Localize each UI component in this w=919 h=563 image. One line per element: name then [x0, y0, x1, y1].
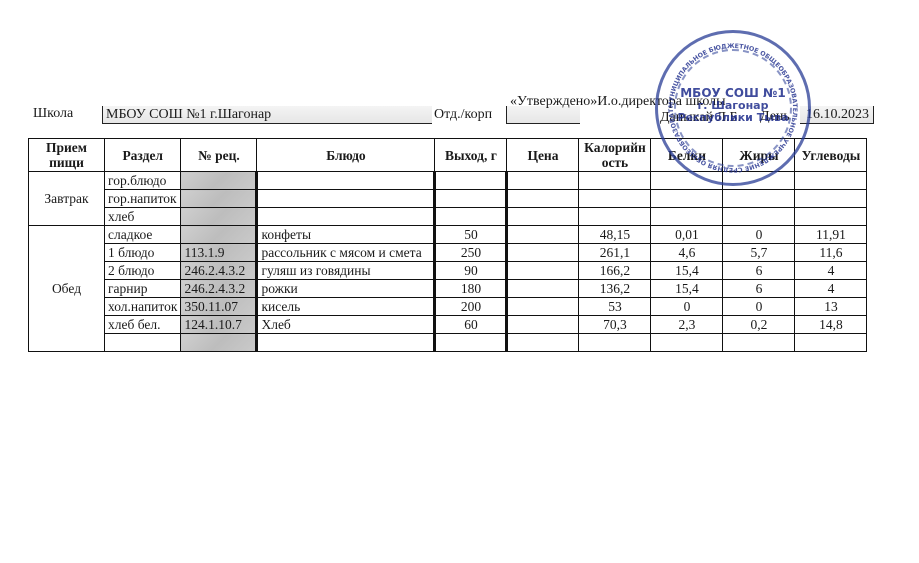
col-header-fat: Жиры	[723, 139, 795, 172]
protein-cell[interactable]: 0	[651, 298, 723, 316]
price-cell[interactable]	[507, 316, 579, 334]
fat-cell[interactable]: 6	[723, 280, 795, 298]
col-header-carbs: Углеводы	[795, 139, 867, 172]
protein-cell[interactable]	[651, 334, 723, 352]
calories-cell[interactable]: 166,2	[579, 262, 651, 280]
price-cell[interactable]	[507, 208, 579, 226]
price-cell[interactable]	[507, 172, 579, 190]
carbs-cell[interactable]: 13	[795, 298, 867, 316]
calories-cell[interactable]	[579, 334, 651, 352]
price-cell[interactable]	[507, 262, 579, 280]
section-cell[interactable]: хол.напиток	[105, 298, 181, 316]
table-row: хлеб бел.124.1.10.7Хлеб6070,32,30,214,8	[29, 316, 867, 334]
dish-cell[interactable]	[257, 208, 435, 226]
carbs-cell[interactable]	[795, 190, 867, 208]
col-header-price: Цена	[507, 139, 579, 172]
dish-cell[interactable]: конфеты	[257, 226, 435, 244]
dish-cell[interactable]	[257, 334, 435, 352]
fat-cell[interactable]	[723, 190, 795, 208]
calories-cell[interactable]	[579, 208, 651, 226]
dish-cell[interactable]: кисель	[257, 298, 435, 316]
carbs-cell[interactable]	[795, 208, 867, 226]
recipe-cell[interactable]: 124.1.10.7	[181, 316, 257, 334]
section-cell[interactable]: гор.напиток	[105, 190, 181, 208]
table-row: гарнир246.2.4.3.2рожки180136,215,464	[29, 280, 867, 298]
col-header-dish: Блюдо	[257, 139, 435, 172]
section-cell[interactable]: хлеб бел.	[105, 316, 181, 334]
fat-cell[interactable]	[723, 172, 795, 190]
fat-cell[interactable]: 0,2	[723, 316, 795, 334]
fat-cell[interactable]: 6	[723, 262, 795, 280]
table-row	[29, 334, 867, 352]
fat-cell[interactable]	[723, 334, 795, 352]
section-cell[interactable]: сладкое	[105, 226, 181, 244]
carbs-cell[interactable]: 4	[795, 280, 867, 298]
col-header-meal: Прием пищи	[29, 139, 105, 172]
protein-cell[interactable]: 0,01	[651, 226, 723, 244]
yield-cell[interactable]: 90	[435, 262, 507, 280]
yield-cell[interactable]: 60	[435, 316, 507, 334]
section-cell[interactable]: гарнир	[105, 280, 181, 298]
dish-cell[interactable]	[257, 172, 435, 190]
price-cell[interactable]	[507, 226, 579, 244]
fat-cell[interactable]: 0	[723, 298, 795, 316]
section-cell[interactable]	[105, 334, 181, 352]
price-cell[interactable]	[507, 190, 579, 208]
section-cell[interactable]: хлеб	[105, 208, 181, 226]
calories-cell[interactable]: 48,15	[579, 226, 651, 244]
dish-cell[interactable]	[257, 190, 435, 208]
price-cell[interactable]	[507, 298, 579, 316]
yield-cell[interactable]: 180	[435, 280, 507, 298]
fat-cell[interactable]	[723, 208, 795, 226]
col-header-calories: Калорийн ость	[579, 139, 651, 172]
col-header-yield: Выход, г	[435, 139, 507, 172]
yield-cell[interactable]: 250	[435, 244, 507, 262]
protein-cell[interactable]: 15,4	[651, 262, 723, 280]
director-name: Даныкай Л.Б.	[660, 110, 741, 126]
meal-cell: Завтрак	[29, 172, 105, 226]
recipe-cell[interactable]	[181, 172, 257, 190]
calories-cell[interactable]: 53	[579, 298, 651, 316]
carbs-cell[interactable]: 11,91	[795, 226, 867, 244]
table-row: 2 блюдо246.2.4.3.2гуляш из говядины90166…	[29, 262, 867, 280]
carbs-cell[interactable]	[795, 334, 867, 352]
protein-cell[interactable]: 15,4	[651, 280, 723, 298]
protein-cell[interactable]: 4,6	[651, 244, 723, 262]
recipe-cell[interactable]	[181, 190, 257, 208]
department-label: Отд./корп	[434, 107, 492, 123]
calories-cell[interactable]	[579, 172, 651, 190]
yield-cell[interactable]	[435, 208, 507, 226]
table-header-row: Прием пищи Раздел № рец. Блюдо Выход, г …	[29, 139, 867, 172]
recipe-cell[interactable]: 350.11.07	[181, 298, 257, 316]
protein-cell[interactable]	[651, 172, 723, 190]
calories-cell[interactable]: 261,1	[579, 244, 651, 262]
school-field[interactable]: МБОУ СОШ №1 г.Шагонар	[102, 106, 432, 124]
section-cell[interactable]: 2 блюдо	[105, 262, 181, 280]
protein-cell[interactable]	[651, 190, 723, 208]
recipe-cell[interactable]: 113.1.9	[181, 244, 257, 262]
table-row: хол.напиток350.11.07кисель200530013	[29, 298, 867, 316]
col-header-protein: Белки	[651, 139, 723, 172]
recipe-cell[interactable]: 246.2.4.3.2	[181, 262, 257, 280]
dish-cell[interactable]: рожки	[257, 280, 435, 298]
table-row: Обедсладкоеконфеты5048,150,01011,91	[29, 226, 867, 244]
calories-cell[interactable]: 70,3	[579, 316, 651, 334]
fat-cell[interactable]: 0	[723, 226, 795, 244]
dish-cell[interactable]: гуляш из говядины	[257, 262, 435, 280]
yield-cell[interactable]	[435, 172, 507, 190]
menu-table: Прием пищи Раздел № рец. Блюдо Выход, г …	[28, 138, 867, 352]
carbs-cell[interactable]: 11,6	[795, 244, 867, 262]
protein-cell[interactable]	[651, 208, 723, 226]
section-cell[interactable]: гор.блюдо	[105, 172, 181, 190]
carbs-cell[interactable]: 14,8	[795, 316, 867, 334]
dish-cell[interactable]: рассольник с мясом и смета	[257, 244, 435, 262]
recipe-cell[interactable]: 246.2.4.3.2	[181, 280, 257, 298]
meal-cell: Обед	[29, 226, 105, 352]
yield-cell[interactable]: 200	[435, 298, 507, 316]
school-label: Школа	[33, 106, 73, 122]
yield-cell[interactable]: 50	[435, 226, 507, 244]
table-row: 1 блюдо113.1.9рассольник с мясом и смета…	[29, 244, 867, 262]
recipe-cell[interactable]	[181, 334, 257, 352]
price-cell[interactable]	[507, 280, 579, 298]
calories-cell[interactable]	[579, 190, 651, 208]
dish-cell[interactable]: Хлеб	[257, 316, 435, 334]
section-cell[interactable]: 1 блюдо	[105, 244, 181, 262]
col-header-section: Раздел	[105, 139, 181, 172]
table-row: Завтракгор.блюдо	[29, 172, 867, 190]
table-row: гор.напиток	[29, 190, 867, 208]
price-cell[interactable]	[507, 334, 579, 352]
date-field[interactable]: 16.10.2023	[800, 106, 874, 124]
carbs-cell[interactable]: 4	[795, 262, 867, 280]
carbs-cell[interactable]	[795, 172, 867, 190]
protein-cell[interactable]: 2,3	[651, 316, 723, 334]
yield-cell[interactable]	[435, 190, 507, 208]
yield-cell[interactable]	[435, 334, 507, 352]
table-row: хлеб	[29, 208, 867, 226]
recipe-cell[interactable]	[181, 226, 257, 244]
col-header-recipe: № рец.	[181, 139, 257, 172]
recipe-cell[interactable]	[181, 208, 257, 226]
approved-line: «Утверждено»И.о.директора школы	[510, 94, 726, 110]
price-cell[interactable]	[507, 244, 579, 262]
day-label: День	[760, 109, 790, 125]
fat-cell[interactable]: 5,7	[723, 244, 795, 262]
calories-cell[interactable]: 136,2	[579, 280, 651, 298]
